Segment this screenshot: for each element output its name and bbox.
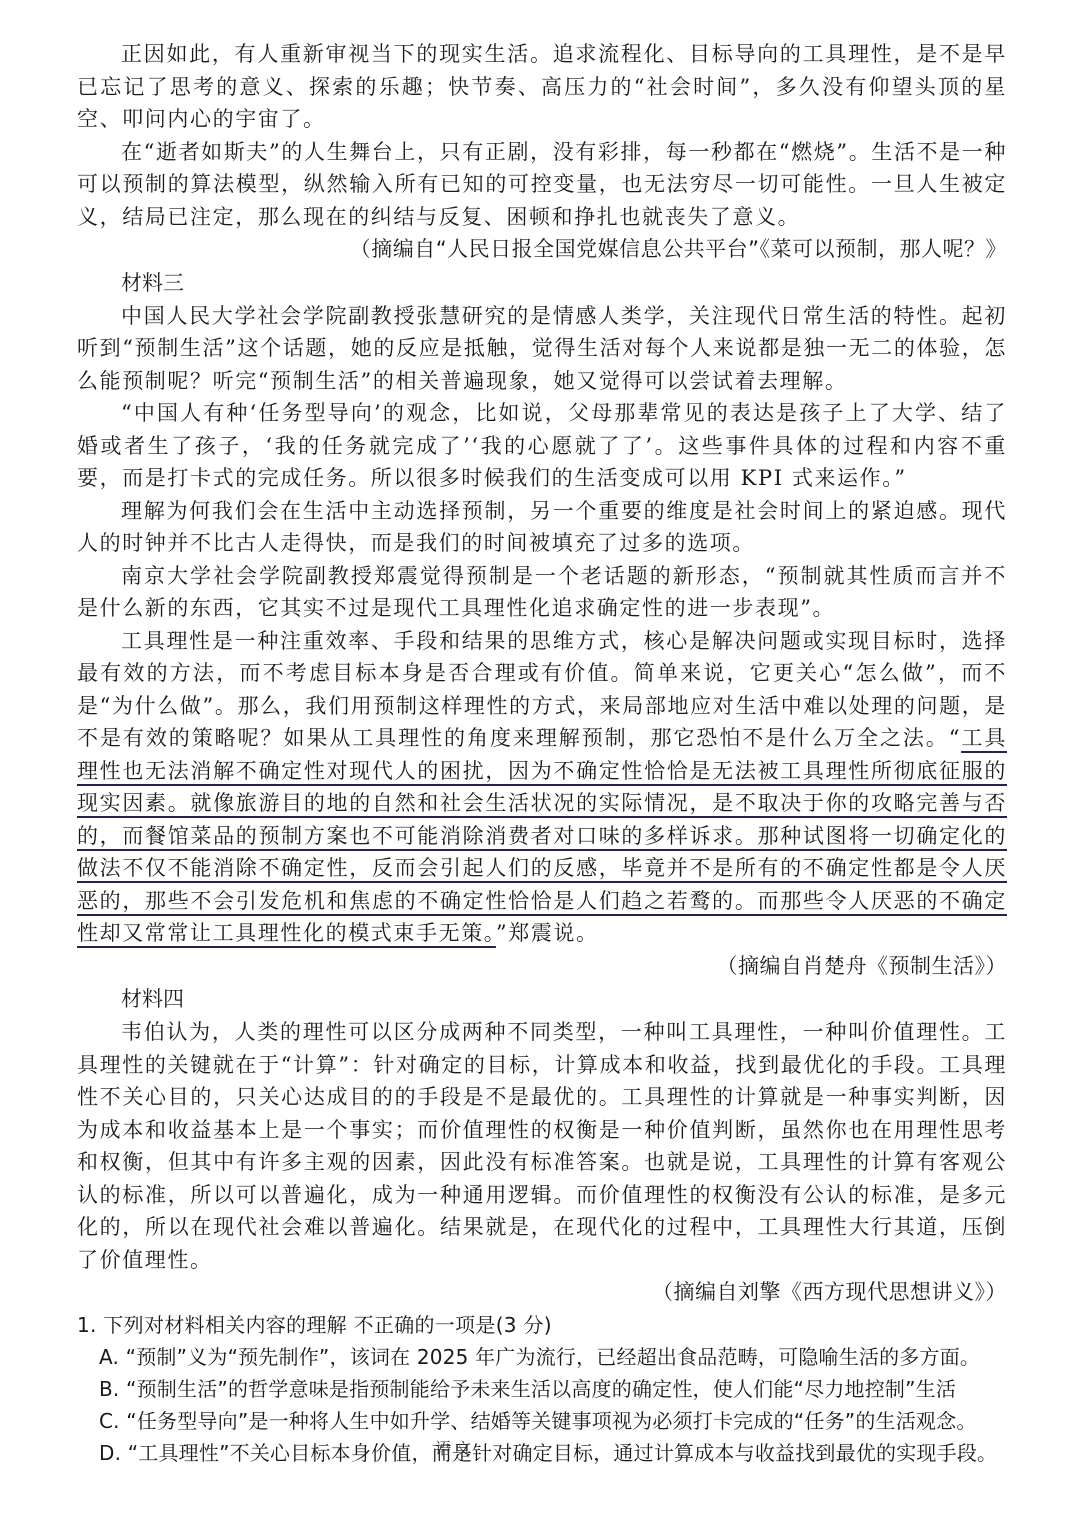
source-citation: （摘编自肖楚舟《预制生活》） — [77, 950, 1007, 983]
paragraph: 在“逝者如斯夫”的人生舞台上，只有正剧，没有彩排，每一秒都在“燃烧”。生活不是一… — [77, 136, 1007, 234]
section-heading: 材料四 — [77, 982, 1007, 1016]
option-b: B. “预制生活”的哲学意味是指预制能给予未来生活以高度的确定性，使人们能“尽力… — [77, 1373, 1007, 1405]
material-3: 材料三 中国人民大学社会学院副教授张慧研究的是情感人类学，关注现代日常生活的特性… — [77, 266, 1007, 983]
paragraph: 中国人民大学社会学院副教授张慧研究的是情感人类学，关注现代日常生活的特性。起初听… — [77, 300, 1007, 398]
material-2-tail: 正因如此，有人重新审视当下的现实生活。追求流程化、目标导向的工具理性，是不是早已… — [77, 38, 1007, 266]
paragraph: 南京大学社会学院副教授郑震觉得预制是一个老话题的新形态，“预制就其性质而言并不是… — [77, 560, 1007, 625]
source-citation: （摘编自“人民日报全国党媒信息公共平台”《菜可以预制，那人呢？》 — [77, 233, 1007, 266]
option-c: C. “任务型导向”是一种将人生中如升学、结婚等关键事项视为必须打卡完成的“任务… — [77, 1405, 1007, 1437]
option-a: A. “预制”义为“预先制作”，该词在 2025 年广为流行，已经超出食品范畴，… — [77, 1341, 1007, 1373]
question-stem: 1. 下列对材料相关内容的理解 不正确的一项是(3 分) — [77, 1309, 1007, 1341]
material-4: 材料四 韦伯认为，人类的理性可以区分成两种不同类型，一种叫工具理性，一种叫价值理… — [77, 982, 1007, 1309]
handwritten-underlined-text: 工具理性也无法消解不确定性对现代人的困扰，因为不确定性恰恰是无法被工具理性所彻底… — [77, 726, 1007, 945]
paragraph: 韦伯认为，人类的理性可以区分成两种不同类型，一种叫工具理性，一种叫价值理性。工具… — [77, 1016, 1007, 1276]
paragraph: “中国人有种‘任务型导向’的观念，比如说，父母那辈常见的表达是孩子上了大学、结了… — [77, 397, 1007, 495]
exam-page: 正因如此，有人重新审视当下的现实生活。追求流程化、目标导向的工具理性，是不是早已… — [77, 38, 1007, 1469]
page-footer-subject: 语文 — [435, 1436, 475, 1459]
plain-text: 工具理性是一种注重效率、手段和结果的思维方式，核心是解决问题或实现目标时，选择最… — [77, 629, 1007, 751]
plain-text: ”郑震说。 — [496, 921, 599, 945]
paragraph-with-annotation: 工具理性是一种注重效率、手段和结果的思维方式，核心是解决问题或实现目标时，选择最… — [77, 625, 1007, 950]
option-d: D. “工具理性”不关心目标本身价值，而是针对确定目标，通过计算成本与收益找到最… — [77, 1437, 1007, 1469]
question-1: 1. 下列对材料相关内容的理解 不正确的一项是(3 分) A. “预制”义为“预… — [77, 1309, 1007, 1469]
section-heading: 材料三 — [77, 266, 1007, 300]
paragraph: 正因如此，有人重新审视当下的现实生活。追求流程化、目标导向的工具理性，是不是早已… — [77, 38, 1007, 136]
source-citation: （摘编自刘擎《西方现代思想讲义》） — [77, 1276, 1007, 1309]
paragraph: 理解为何我们会在生活中主动选择预制，另一个重要的维度是社会时间上的紧迫感。现代人… — [77, 495, 1007, 560]
